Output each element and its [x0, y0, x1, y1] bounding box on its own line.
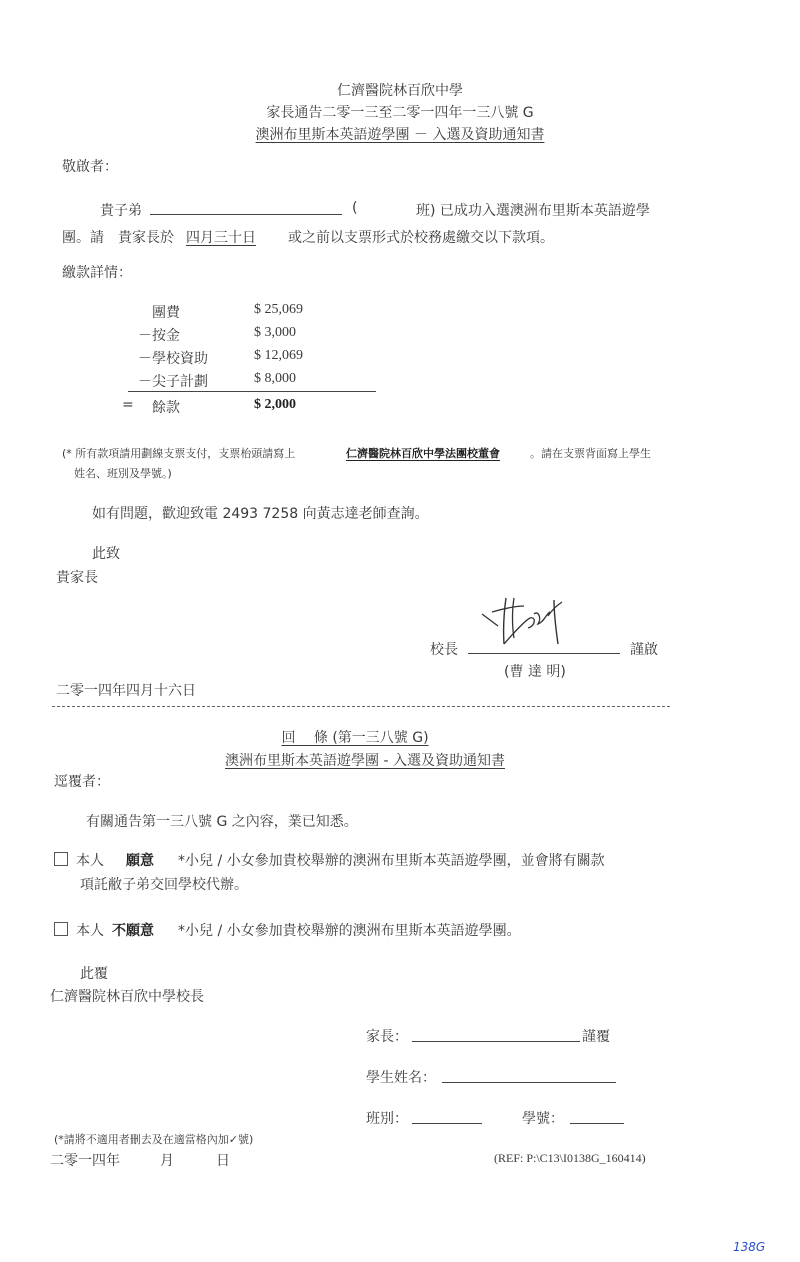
principal-label: 校長: [430, 639, 458, 659]
reply-footnote: (*請將不適用者刪去及在適當格內加✓號): [54, 1131, 253, 1147]
fee-total-rule: [128, 391, 376, 392]
salutation: 敬啟者：: [62, 156, 118, 176]
agree-choice: 願意: [126, 850, 154, 870]
student-no-field[interactable]: [570, 1123, 624, 1124]
handwritten-note: 138G: [733, 1240, 765, 1254]
student-name-blank: [150, 214, 342, 215]
principal-suffix: 謹啟: [630, 639, 658, 659]
payment-note-b: 。請在支票背面寫上學生: [530, 445, 651, 461]
reply-subtitle: 澳洲布里斯本英語遊學團 - 入選及資助通知書: [0, 750, 730, 770]
student-no-label: 學號：: [522, 1108, 564, 1128]
fee-item: 按金: [152, 325, 180, 345]
reply-date-day: 日: [216, 1150, 230, 1170]
reply-date-month: 月: [160, 1150, 174, 1170]
decline-checkbox[interactable]: [54, 922, 68, 936]
reply-title: 回 條 (第一三八號 G): [0, 727, 710, 747]
school-name: 仁濟醫院林百欣中學: [0, 80, 800, 100]
fee-item: 尖子計劃: [152, 371, 208, 391]
parent-label: 家長：: [366, 1026, 408, 1046]
fee-amount: $ 25,069: [254, 302, 303, 318]
principal-signature: [478, 592, 588, 652]
reference-code: (REF: P:\C13\I0138G_160414): [494, 1151, 646, 1166]
fee-amount: $ 8,000: [254, 371, 296, 387]
balance-op: =: [122, 397, 134, 413]
cheque-payee: 仁濟醫院林百欣中學法團校董會: [346, 445, 500, 461]
para1-paren-open: (: [352, 200, 357, 216]
reply-date-year: 二零一四年: [50, 1150, 120, 1170]
agree-text: *小兒 / 小女參加貴校舉辦的澳洲布里斯本英語遊學團，並會將有關款: [178, 850, 605, 870]
fee-op: －: [138, 325, 152, 345]
fee-amount: $ 12,069: [254, 348, 303, 364]
agree-checkbox[interactable]: [54, 852, 68, 866]
agree-text-line2: 項託敝子弟交回學校代辦。: [80, 874, 248, 894]
fee-op: －: [138, 371, 152, 391]
cut-line: [52, 706, 670, 707]
agree-prefix: 本人: [76, 850, 104, 870]
decline-text: *小兒 / 小女參加貴校舉辦的澳洲布里斯本英語遊學團。: [178, 920, 521, 940]
payment-note-line2: 姓名、班別及學號。): [74, 465, 172, 481]
reply-acknowledgement: 有關通告第一三八號 G 之內容，業已知悉。: [86, 811, 358, 831]
principal-name: (曹 達 明): [504, 661, 566, 681]
letter-date: 二零一四年四月十六日: [56, 680, 196, 700]
enquiry-line: 如有問題，歡迎致電 2493 7258 向黃志達老師查詢。: [92, 503, 429, 523]
fee-op: －: [138, 348, 152, 368]
closing-1: 此致: [92, 543, 120, 563]
payment-note-a: (* 所有款項請用劃線支票支付，支票枱頭請寫上: [62, 445, 295, 461]
para1-class-suffix: 班) 已成功入選澳洲布里斯本英語遊學: [416, 200, 650, 220]
para1-line2-b: 或之前以支票形式於校務處繳交以下款項。: [288, 227, 554, 247]
decline-prefix: 本人: [76, 920, 104, 940]
fee-amount: $ 3,000: [254, 325, 296, 341]
notice-number: 家長通告二零一三至二零一四年一三八號 G: [0, 102, 800, 122]
notice-title: 澳洲布里斯本英語遊學團 － 入選及資助通知書: [0, 124, 800, 144]
student-name-label: 學生姓名：: [366, 1067, 436, 1087]
class-field[interactable]: [412, 1123, 482, 1124]
reply-closing-2: 仁濟醫院林百欣中學校長: [50, 986, 204, 1006]
para1-line2-a: 團。請 貴家長於: [62, 227, 174, 247]
closing-2: 貴家長: [56, 567, 98, 587]
reply-closing-1: 此覆: [80, 963, 108, 983]
reply-salutation: 逕覆者：: [54, 771, 110, 791]
balance-amount: $ 2,000: [254, 397, 296, 413]
class-label: 班別：: [366, 1108, 408, 1128]
parent-signature-field[interactable]: [412, 1041, 580, 1042]
fee-item: 學校資助: [152, 348, 208, 368]
principal-signature-line: [468, 653, 620, 654]
fee-heading: 繳款詳情：: [62, 262, 132, 282]
student-name-field[interactable]: [442, 1082, 616, 1083]
parent-suffix: 謹覆: [582, 1026, 610, 1046]
fee-item: 團費: [152, 302, 180, 322]
balance-item: 餘款: [152, 397, 180, 417]
payment-deadline: 四月三十日: [186, 227, 278, 247]
para1-prefix: 貴子弟: [100, 200, 142, 220]
decline-choice: 不願意: [112, 920, 154, 940]
